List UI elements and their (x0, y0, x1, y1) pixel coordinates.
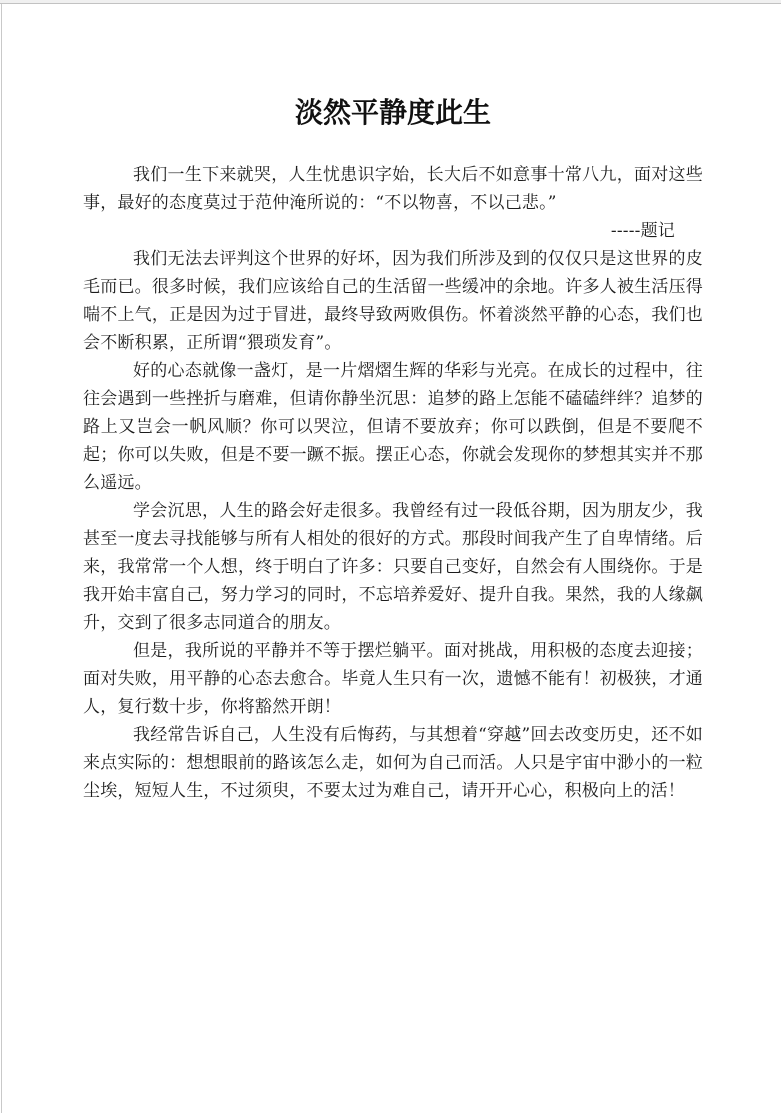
essay-title: 淡然平静度此生 (83, 93, 703, 133)
essay-paragraph-2: 好的心态就像一盏灯，是一片熠熠生辉的华彩与光亮。在成长的过程中，往往会遇到一些挫… (83, 357, 703, 497)
epigraph-attribution: -----题记 (83, 217, 703, 245)
document-page: { "document": { "title": "淡然平静度此生", "epi… (0, 0, 781, 1113)
essay-document: 淡然平静度此生 我们一生下来就哭，人生忧患识字始，长大后不如意事十常八九，面对这… (83, 5, 703, 805)
essay-body: 我们一生下来就哭，人生忧患识字始，长大后不如意事十常八九，面对这些事，最好的态度… (83, 161, 703, 805)
essay-paragraph-5: 我经常告诉自己，人生没有后悔药，与其想着“穿越”回去改变历史，还不如来点实际的：… (83, 721, 703, 805)
page-left-edge (1, 4, 2, 1113)
page-top-edge (0, 0, 781, 4)
essay-paragraph-3: 学会沉思，人生的路会好走很多。我曾经有过一段低谷期，因为朋友少，我甚至一度去寻找… (83, 497, 703, 637)
epigraph-paragraph: 我们一生下来就哭，人生忧患识字始，长大后不如意事十常八九，面对这些事，最好的态度… (83, 161, 703, 217)
essay-paragraph-4: 但是，我所说的平静并不等于摆烂躺平。面对挑战，用积极的态度去迎接；面对失败，用平… (83, 637, 703, 721)
essay-paragraph-1: 我们无法去评判这个世界的好坏，因为我们所涉及到的仅仅只是这世界的皮毛而已。很多时… (83, 245, 703, 357)
